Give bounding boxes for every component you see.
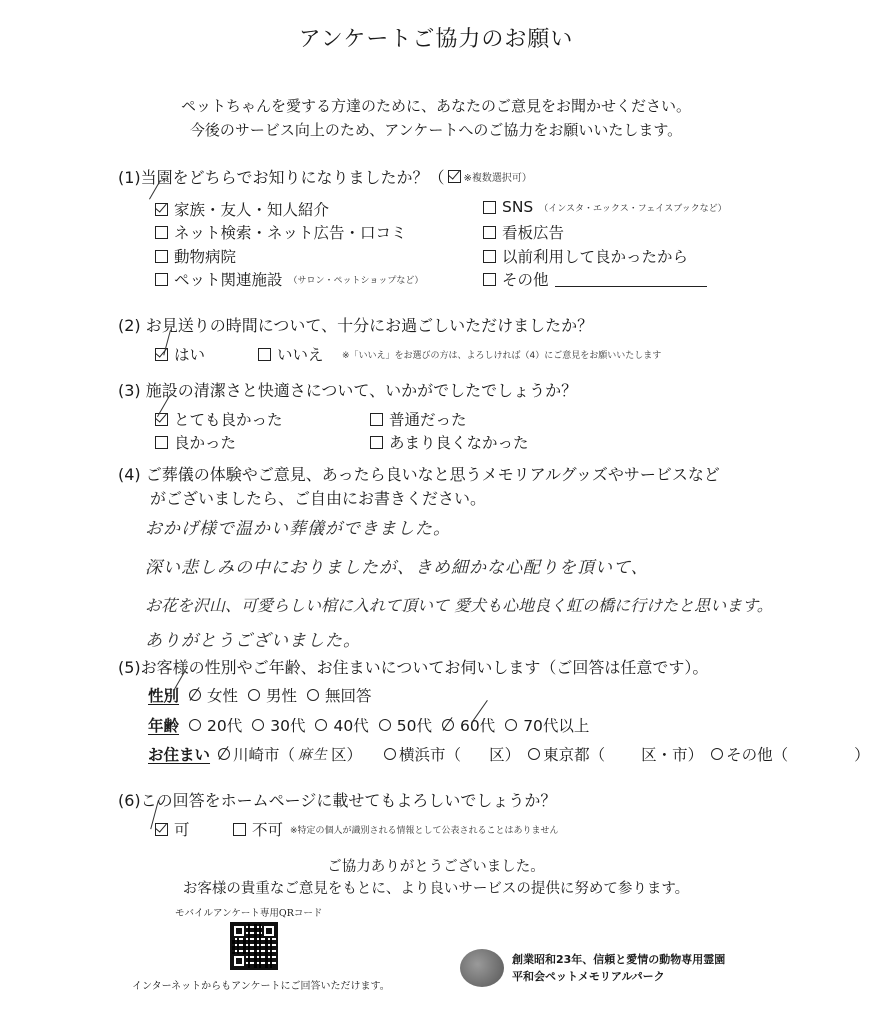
radio-icon[interactable] <box>252 719 264 731</box>
age-label: 年齢 <box>148 714 179 736</box>
checkbox-icon[interactable] <box>155 273 168 286</box>
q6-question: (6)この回答をホームページに載せてもよろしいでしょうか？ <box>118 788 556 811</box>
q1-option-signboard[interactable]: 看板広告 <box>483 221 564 243</box>
radio-icon[interactable] <box>505 719 517 731</box>
intro-line-1: ペットちゃんを愛する方達のために、あなたのご意見をお聞かせください。 <box>0 95 872 116</box>
checkbox-icon[interactable] <box>155 436 168 449</box>
checkbox-icon[interactable] <box>483 226 496 239</box>
org-line-1: 創業昭和23年、信頼と愛情の動物専用霊園 <box>512 951 725 967</box>
radio-icon[interactable] <box>442 719 454 731</box>
checkbox-icon[interactable] <box>483 250 496 263</box>
q6-option-deny[interactable]: 不可 <box>233 818 283 840</box>
residence-option-kawasaki[interactable]: 川崎市（麻生区） <box>218 743 362 765</box>
q1-note: ※複数選択可） <box>464 169 532 184</box>
checkbox-icon[interactable] <box>155 226 168 239</box>
checkbox-icon[interactable] <box>155 203 168 216</box>
residence-option-other[interactable]: その他（） <box>711 743 870 765</box>
age-option-60s[interactable]: 60代 <box>442 714 495 736</box>
q1-option-repeat[interactable]: 以前利用して良かったから <box>483 245 688 267</box>
kawasaki-ward-field[interactable]: 麻生 <box>298 744 328 764</box>
q3-question: (3) 施設の清潔さと快適さについて、いかがでしたでしょうか？ <box>118 378 577 401</box>
q4-answer-line-1[interactable]: おかげ様で温かい葬儀ができました。 <box>145 514 451 539</box>
q5-residence-row: お住まい 川崎市（麻生区） 横浜市（区） 東京都（区・市） その他（） <box>148 743 870 765</box>
q3-option-good[interactable]: 良かった <box>155 431 236 453</box>
intro-line-2: 今後のサービス向上のため、アンケートへのご協力をお願いいたします。 <box>0 119 872 140</box>
radio-icon[interactable] <box>307 689 319 701</box>
residence-option-yokohama[interactable]: 横浜市（区） <box>384 743 520 765</box>
q6-note: ※特定の個人が識別される情報として公表されることはありません <box>290 823 559 836</box>
q4-answer-line-4[interactable]: ありがとうございました。 <box>145 626 361 651</box>
q2-question: (2) お見送りの時間について、十分にお過ごしいただけましたか？ <box>118 313 593 336</box>
radio-icon[interactable] <box>189 689 201 701</box>
q3-option-normal[interactable]: 普通だった <box>370 408 467 430</box>
gender-option-female[interactable]: 女性 <box>189 684 238 706</box>
q1-option-pet-facility[interactable]: ペット関連施設 （サロン・ペットショップなど） <box>155 268 423 290</box>
page-title: アンケートご協力のお願い <box>0 22 872 53</box>
checkbox-icon[interactable] <box>155 250 168 263</box>
checkbox-icon[interactable] <box>155 823 168 836</box>
checkbox-icon[interactable] <box>233 823 246 836</box>
q3-option-very-good[interactable]: とても良かった <box>155 408 283 430</box>
checkbox-icon[interactable] <box>483 273 496 286</box>
q4-question-line-1: (4) ご葬儀の体験やご意見、あったら良いなと思うメモリアルグッズやサービスなど <box>118 462 720 485</box>
q1-question-text: (1)当園をどちらでお知りになりましたか？（ <box>118 165 445 188</box>
checkbox-icon[interactable] <box>483 201 496 214</box>
company-logo-icon <box>460 949 504 987</box>
q5-question: (5)お客様の性別やご年齢、お住まいについてお伺いします（ご回答は任意です）。 <box>118 655 708 678</box>
q1-option-vet[interactable]: 動物病院 <box>155 245 236 267</box>
radio-icon[interactable] <box>528 748 540 760</box>
q1-question: (1)当園をどちらでお知りになりましたか？（ ※複数選択可） <box>118 165 532 188</box>
radio-icon[interactable] <box>315 719 327 731</box>
q4-answer-line-2[interactable]: 深い悲しみの中におりましたが、きめ細かな心配りを頂いて、 <box>145 553 649 578</box>
gender-option-no-answer[interactable]: 無回答 <box>307 684 372 706</box>
q5-age-row: 年齢 20代 30代 40代 50代 60代 70代以上 <box>148 714 589 736</box>
q1-option-family[interactable]: 家族・友人・知人紹介 <box>155 198 329 220</box>
age-option-20s[interactable]: 20代 <box>189 714 242 736</box>
radio-icon[interactable] <box>218 748 230 760</box>
q4-question-line-2: がございましたら、ご自由にお書きください。 <box>150 486 486 509</box>
q3-option-not-good[interactable]: あまり良くなかった <box>370 431 529 453</box>
radio-icon[interactable] <box>248 689 260 701</box>
radio-icon[interactable] <box>379 719 391 731</box>
qr-code[interactable] <box>230 922 278 970</box>
q4-answer-line-3[interactable]: お花を沢山、可愛らしい棺に入れて頂いて 愛犬も心地良く虹の橋に行けたと思います。 <box>145 593 773 616</box>
closing-line-1: ご協力ありがとうございました。 <box>0 855 872 876</box>
qr-label: モバイルアンケート専用QRコード <box>175 905 322 919</box>
checkbox-icon[interactable] <box>370 436 383 449</box>
q1-option-sns[interactable]: SNS （インスタ・エックス・フェイスブックなど） <box>483 198 727 216</box>
checkbox-icon[interactable] <box>258 348 271 361</box>
q2-option-no[interactable]: いいえ <box>258 343 324 365</box>
q1-option-net[interactable]: ネット検索・ネット広告・口コミ <box>155 221 407 243</box>
checkbox-icon[interactable] <box>370 413 383 426</box>
age-option-50s[interactable]: 50代 <box>379 714 432 736</box>
checkbox-icon <box>448 170 461 183</box>
radio-icon[interactable] <box>711 748 723 760</box>
qr-caption: インターネットからもアンケートにご回答いただけます。 <box>132 977 390 992</box>
q6-option-allow[interactable]: 可 <box>155 818 190 840</box>
q1-option-other[interactable]: その他 <box>483 268 707 290</box>
gender-option-male[interactable]: 男性 <box>248 684 297 706</box>
age-option-30s[interactable]: 30代 <box>252 714 305 736</box>
residence-label: お住まい <box>148 743 210 765</box>
age-option-70s-plus[interactable]: 70代以上 <box>505 714 589 736</box>
org-line-2: 平和会ペットメモリアルパーク <box>512 968 665 984</box>
checkbox-icon[interactable] <box>155 348 168 361</box>
radio-icon[interactable] <box>189 719 201 731</box>
other-blank-field[interactable] <box>555 272 707 287</box>
age-option-40s[interactable]: 40代 <box>315 714 368 736</box>
q2-note: ※「いいえ」をお選びの方は、よろしければ（4）にご意見をお願いいたします <box>342 348 661 361</box>
residence-option-tokyo[interactable]: 東京都（区・市） <box>528 743 703 765</box>
q5-gender-row: 性別 女性 男性 無回答 <box>148 684 372 706</box>
closing-line-2: お客様の貴重なご意見をもとに、より良いサービスの提供に努めて参ります。 <box>0 877 872 898</box>
radio-icon[interactable] <box>384 748 396 760</box>
